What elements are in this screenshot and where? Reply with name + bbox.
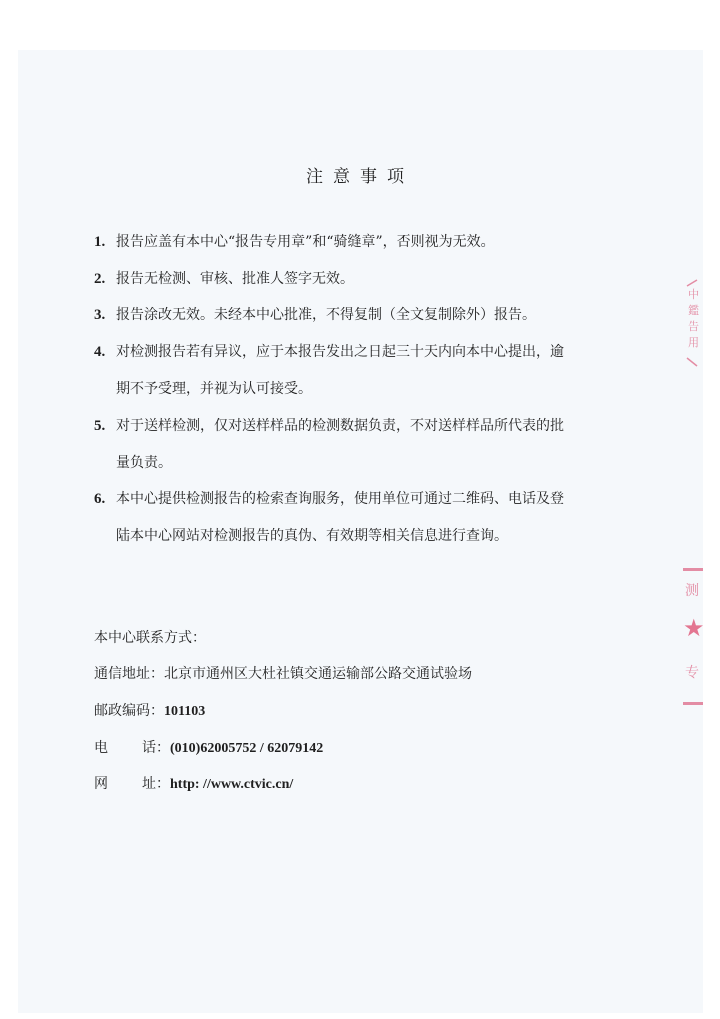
item-text: 本中心提供检测报告的检索查询服务，使用单位可通过二维码、电话及登	[116, 491, 564, 507]
stamp-bar	[683, 702, 703, 705]
stamp-char: 专	[685, 662, 699, 682]
item-text: 对检测报告若有异议，应于本报告发出之日起三十天内向本中心提出，逾	[116, 344, 564, 360]
item-number: 5.	[94, 418, 116, 435]
stamp-char: 用	[688, 336, 699, 349]
website-value[interactable]: http: //www.ctvic.cn/	[170, 777, 293, 792]
notice-item-2: 2.报告无检测、审核、批准人签字无效。	[94, 268, 354, 288]
notice-item-1: 1.报告应盖有本中心“报告专用章”和“骑缝章”，否则视为无效。	[94, 231, 495, 251]
notice-item-4-continuation: 期不予受理，并视为认可接受。	[116, 378, 312, 398]
item-text: 报告应盖有本中心“报告专用章”和“骑缝章”，否则视为无效。	[116, 234, 495, 250]
web-label-first: 网	[94, 773, 142, 793]
notice-item-4: 4.对检测报告若有异议，应于本报告发出之日起三十天内向本中心提出，逾	[94, 341, 564, 361]
stamp-char: 中	[688, 288, 699, 301]
web-label-second: 址：	[142, 773, 170, 793]
phone-label-second: 话：	[142, 737, 170, 757]
item-number: 3.	[94, 307, 116, 324]
item-number: 2.	[94, 271, 116, 288]
postcode-value: 101103	[164, 704, 205, 719]
stamp-char: 告	[688, 320, 699, 333]
item-text: 报告无检测、审核、批准人签字无效。	[116, 271, 354, 287]
notice-item-5-continuation: 量负责。	[116, 452, 172, 472]
address-label: 通信地址：	[94, 663, 164, 683]
seam-stamp-bottom: 测 ★ 专	[683, 568, 703, 708]
phone-value: (010)62005752 / 62079142	[170, 741, 323, 756]
notice-item-3: 3.报告涂改无效。未经本中心批准，不得复制（全文复制除外）报告。	[94, 304, 536, 324]
postcode-label: 邮政编码：	[94, 700, 164, 720]
phone-label-first: 电	[94, 737, 142, 757]
stamp-bar	[683, 568, 703, 571]
stamp-char: 鑑	[688, 304, 699, 317]
contact-website: 网址：http: //www.ctvic.cn/	[94, 773, 293, 793]
page-title: 注意事项	[0, 162, 720, 187]
notice-item-5: 5.对于送样检测，仅对送样样品的检测数据负责，不对送样样品所代表的批	[94, 415, 564, 435]
contact-heading: 本中心联系方式：	[94, 627, 206, 647]
contact-address: 通信地址：北京市通州区大杜社镇交通运输部公路交通试验场	[94, 663, 472, 683]
stamp-char: 测	[685, 580, 699, 600]
notice-item-6-continuation: 陆本中心网站对检测报告的真伪、有效期等相关信息进行查询。	[116, 525, 508, 545]
item-number: 4.	[94, 344, 116, 361]
seam-stamp-top: 中 鑑 告 用	[683, 278, 703, 370]
item-number: 6.	[94, 491, 116, 508]
item-number: 1.	[94, 234, 116, 251]
address-value: 北京市通州区大杜社镇交通运输部公路交通试验场	[164, 666, 472, 682]
contact-postcode: 邮政编码：101103	[94, 700, 205, 720]
notice-item-6: 6.本中心提供检测报告的检索查询服务，使用单位可通过二维码、电话及登	[94, 488, 564, 508]
star-icon: ★	[683, 614, 705, 642]
item-text: 报告涂改无效。未经本中心批准，不得复制（全文复制除外）报告。	[116, 307, 536, 323]
item-text: 对于送样检测，仅对送样样品的检测数据负责，不对送样样品所代表的批	[116, 418, 564, 434]
contact-phone: 电话：(010)62005752 / 62079142	[94, 737, 323, 757]
